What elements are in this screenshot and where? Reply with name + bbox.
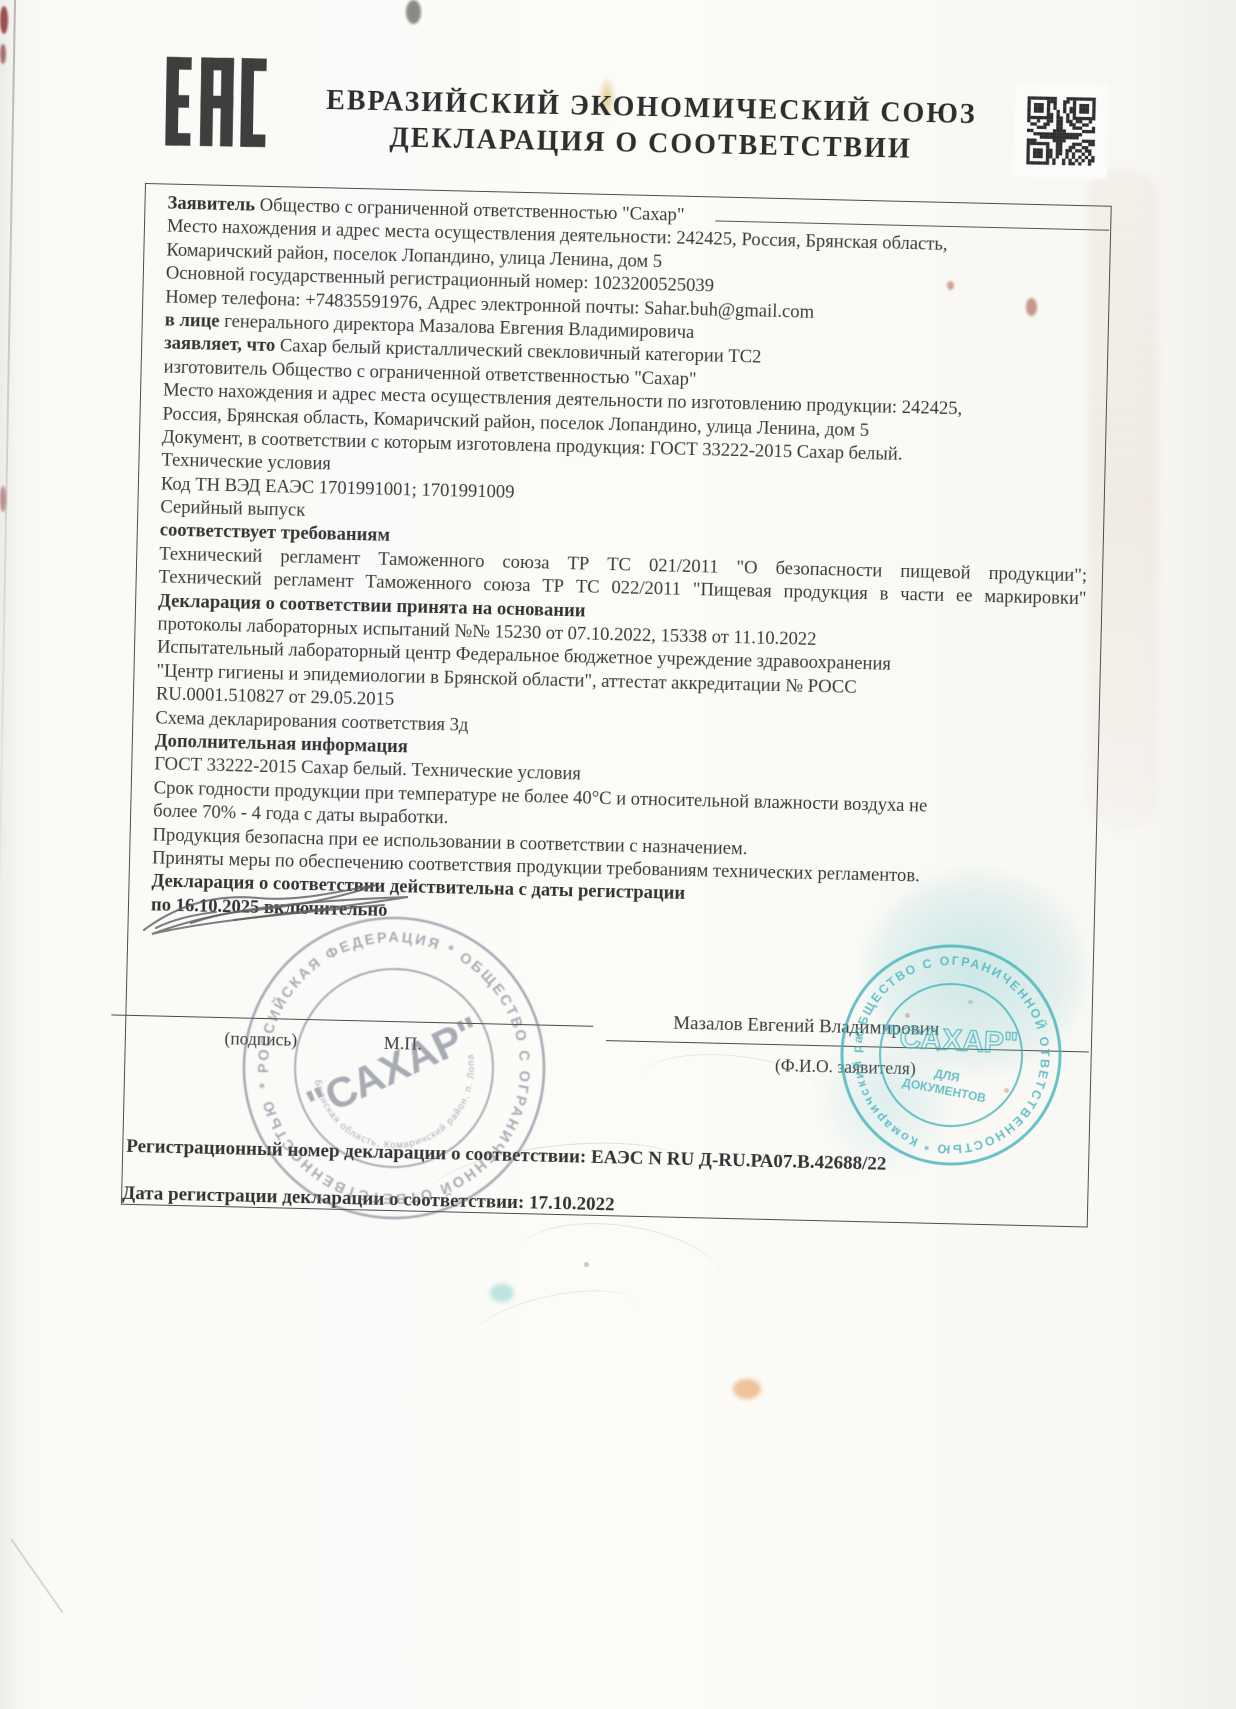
red-edge-mark [0, 6, 8, 34]
qr-code [1013, 83, 1109, 179]
documents-stamp: ОБЩЕСТВО С ОГРАНИЧЕННОЙ ОТВЕТСТВЕННОСТЬЮ… [819, 923, 1084, 1188]
paper-fold-line [10, 1539, 63, 1614]
gray-speck [584, 1262, 589, 1267]
teal-speck [490, 1284, 514, 1302]
eac-logo [165, 55, 267, 149]
documents-stamp-center-text: "САХАР" [885, 1021, 1019, 1061]
header-title: ЕВРАЗИЙСКИЙ ЭКОНОМИЧЕСКИЙ СОЮЗ ДЕКЛАРАЦИ… [265, 82, 1036, 171]
orange-smudge [733, 1379, 761, 1399]
signature-flourish [136, 876, 448, 948]
declaration-body: Заявитель Общество с ограниченной ответс… [151, 192, 1096, 939]
red-edge-mark [0, 486, 6, 512]
red-edge-mark [0, 44, 6, 64]
scanned-declaration-page: ЕВРАЗИЙСКИЙ ЭКОНОМИЧЕСКИЙ СОЮЗ ДЕКЛАРАЦИ… [0, 0, 1236, 1709]
dark-fleck [406, 0, 421, 24]
